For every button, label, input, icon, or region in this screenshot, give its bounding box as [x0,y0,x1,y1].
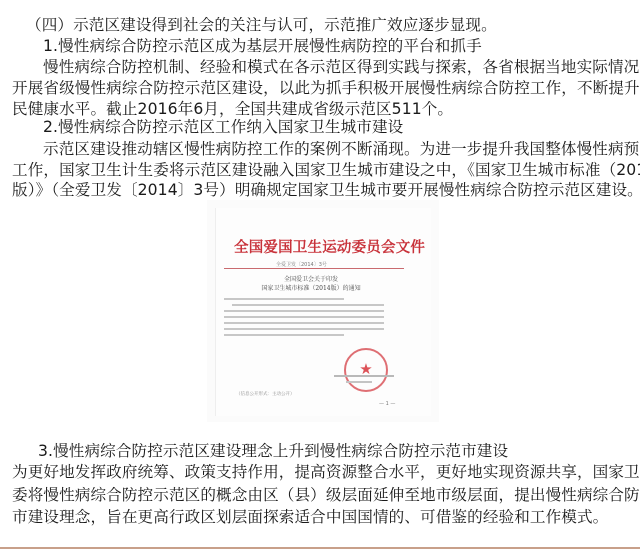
document-title-line-2: 国家卫生城市标准（2014版）的通知 [216,283,406,292]
date-line [346,381,372,383]
item-1-title: 1.慢性病综合防控示范区成为基层开展慢性病防控的平台和抓手 [43,36,482,56]
document-number: 全爱卫发〔2014〕3号 [276,261,327,268]
item-3-line-1: 为更好地发挥政府统筹、政策支持作用，提高资源整合水平，更好地实现资源共享，国家卫… [12,462,640,482]
item-2-line-2: 工作，国家卫生计生委将示范区建设融入国家卫生城市建设之中，《国家卫生城市标准（2… [12,160,640,180]
document-paper: 全国爱国卫生运动委员会文件 全爱卫发〔2014〕3号 全国爱卫会关于印发 国家卫… [215,208,431,416]
document-page-number: — 1 — [379,401,395,407]
official-seal: ★ [344,348,388,392]
item-3-line-3: 市建设理念，旨在更高行政区划层面探索适合中国国情的、可借鉴的经验和工作模式。 [12,507,608,527]
section-heading: （四）示范区建设得到社会的关注与认可，示范推广效应逐步显现。 [26,15,497,35]
item-2-line-3: 版）》（全爱卫发〔2014〕3号）明确规定国家卫生城市要开展慢性病综合防控示范区… [12,180,640,200]
document-body-text [224,298,384,340]
document-disclosure-note: （信息公开形式：主动公开） [236,391,295,397]
item-1-line-2: 开展省级慢性病综合防控示范区建设，以此为抓手积极开展慢性病综合防控工作，不断提升… [12,78,640,98]
item-3-line-2: 委将慢性病综合防控示范区的概念由区（县）级层面延伸至地市级层面，提出慢性病综合防… [12,485,640,505]
document-title-line-1: 全国爱卫会关于印发 [216,274,406,283]
item-3-title: 3.慢性病综合防控示范区建设理念上升到慢性病综合防控示范市建设 [38,441,508,461]
item-1-line-3: 民健康水平。截止2016年6月，全国共建成省级示范区511个。 [12,99,453,119]
document-page: （四）示范区建设得到社会的关注与认可，示范推广效应逐步显现。 1.慢性病综合防控… [0,0,640,550]
document-red-header: 全国爱国卫生运动委员会文件 [234,236,412,257]
item-2-line-1: 示范区建设推动辖区慢性病防控工作的案例不断涌现。为进一步提升我国整体慢性病预防控… [43,139,640,159]
document-scan-image: 全国爱国卫生运动委员会文件 全爱卫发〔2014〕3号 全国爱卫会关于印发 国家卫… [207,200,439,422]
signature-line [334,375,394,377]
item-1-line-1: 慢性病综合防控机制、经验和模式在各示范区得到实践与探索，各省根据当地实际情况也逐… [43,57,640,77]
bottom-divider [0,547,640,549]
item-2-title: 2.慢性病综合防控示范区工作纳入国家卫生城市建设 [43,117,403,137]
document-header-rule [224,268,404,269]
